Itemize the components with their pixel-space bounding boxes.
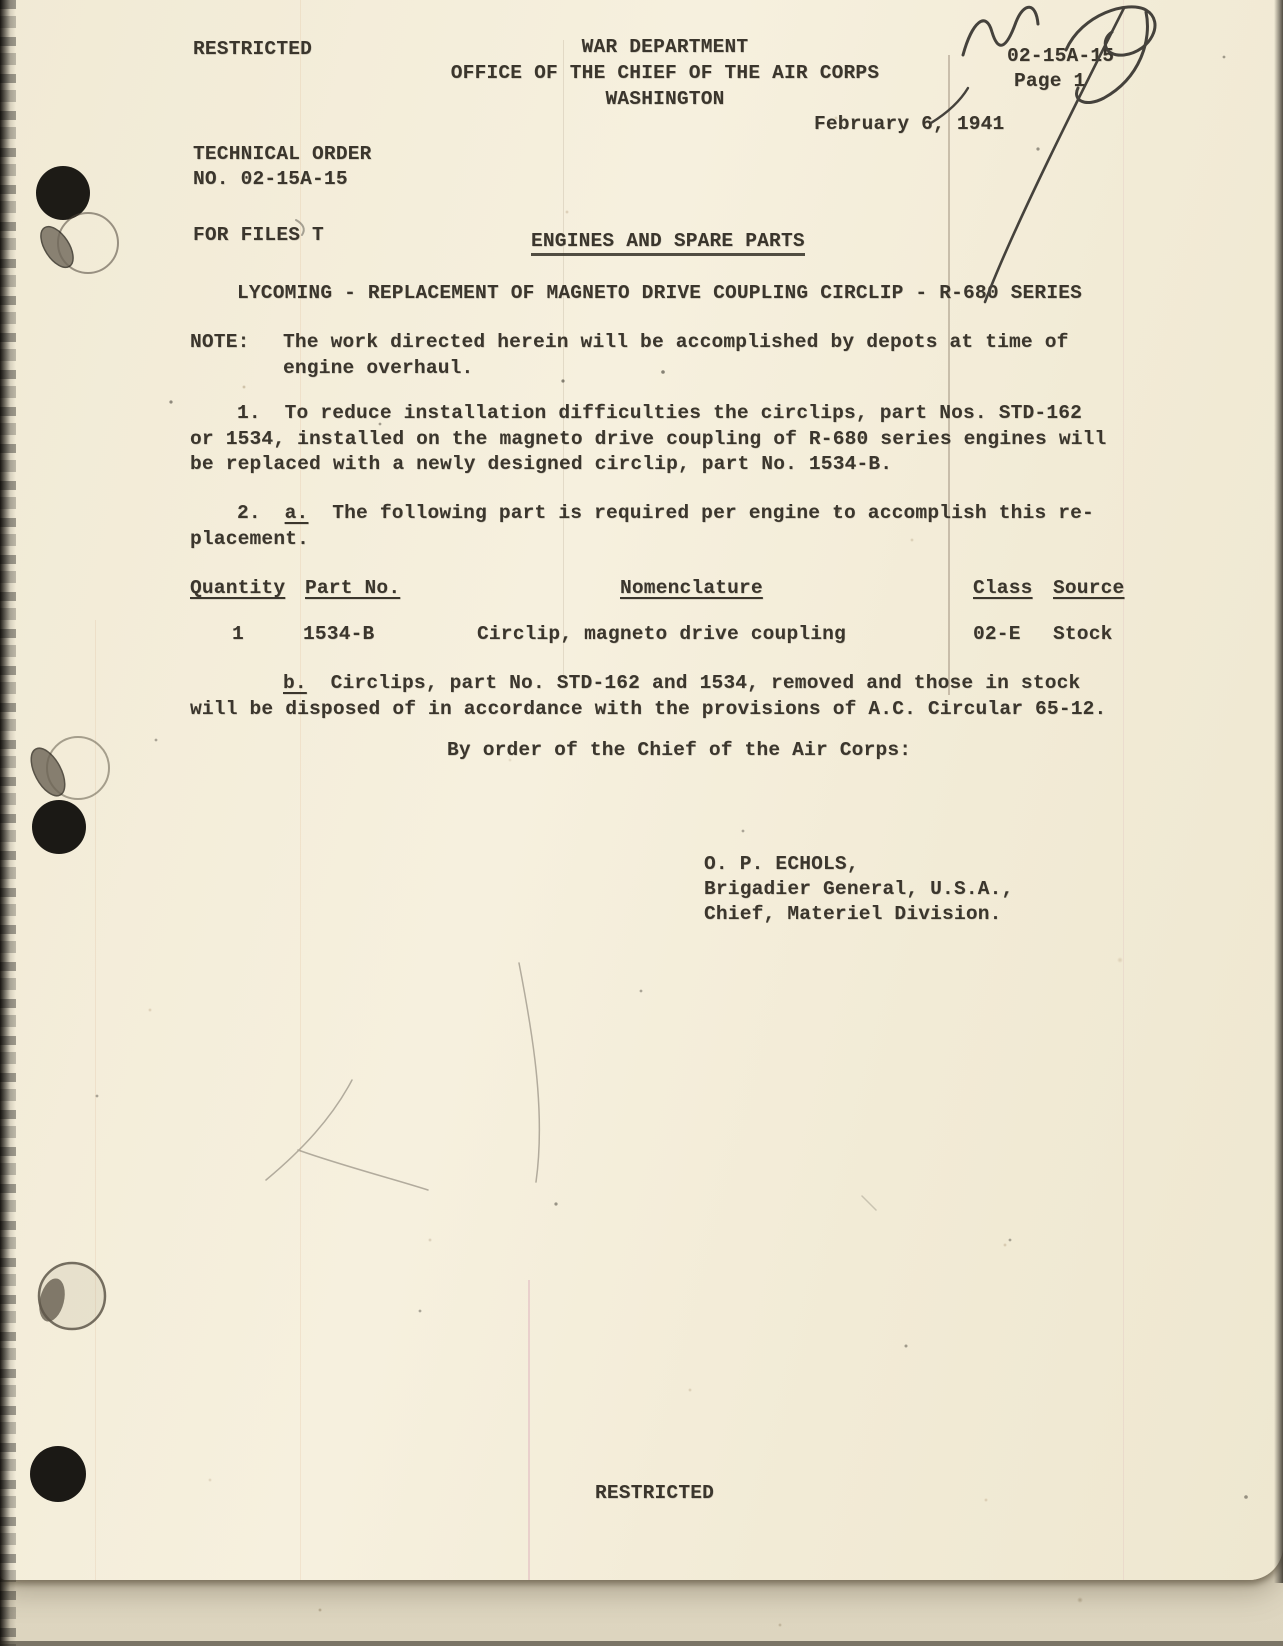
table-cell-quantity: 1 [232, 622, 244, 646]
department-name: WAR DEPARTMENT [340, 35, 990, 59]
para1-line-2: or 1534, installed on the magneto drive … [190, 427, 1106, 451]
date-line: February 6, 1941 [814, 112, 1004, 136]
para2-line-1: 2. a. The following part is required per… [237, 501, 1094, 525]
signature-title-2: Chief, Materiel Division. [704, 902, 1002, 926]
table-header-source: Source [1053, 576, 1124, 600]
table-header-quantity: Quantity [190, 576, 285, 600]
parab-subletter: b. [283, 672, 307, 694]
para1-line-3: be replaced with a newly designed circli… [190, 452, 892, 476]
table-header-part-no: Part No. [305, 576, 400, 600]
office-name: OFFICE OF THE CHIEF OF THE AIR CORPS [340, 61, 990, 85]
scan-bottom-edge [0, 1641, 1283, 1646]
classification-bottom: RESTRICTED [595, 1481, 714, 1505]
table-header-class: Class [973, 576, 1033, 600]
para2-subletter: a. [285, 502, 309, 524]
technical-order-label: TECHNICAL ORDER [193, 142, 372, 166]
technical-order-number: NO. 02-15A-15 [193, 167, 348, 191]
table-header-nomenclature: Nomenclature [620, 576, 763, 600]
para2-text: The following part is required per engin… [308, 502, 1094, 524]
doc-number: 02-15A-15 [1007, 44, 1114, 68]
signature-title-1: Brigadier General, U.S.A., [704, 877, 1013, 901]
para2-number: 2. [237, 502, 285, 524]
page-number: Page 1 [1014, 69, 1085, 93]
section-heading: ENGINES AND SPARE PARTS [531, 229, 805, 253]
table-cell-class: 02-E [973, 622, 1021, 646]
for-files-line: FOR FILES T [193, 223, 324, 247]
note-line-1: The work directed herein will be accompl… [283, 330, 1069, 354]
subject-line: LYCOMING - REPLACEMENT OF MAGNETO DRIVE … [237, 281, 1082, 305]
para2-line-2: placement. [190, 527, 309, 551]
note-label: NOTE: [190, 330, 250, 354]
scanned-technical-order: RESTRICTED WAR DEPARTMENT OFFICE OF THE … [0, 0, 1283, 1646]
table-cell-part-no: 1534-B [303, 622, 374, 646]
city-name: WASHINGTON [340, 87, 990, 111]
parab-text: Circlips, part No. STD-162 and 1534, rem… [307, 672, 1081, 694]
table-cell-source: Stock [1053, 622, 1113, 646]
signature-name: O. P. ECHOLS, [704, 852, 859, 876]
classification-top: RESTRICTED [193, 37, 312, 61]
note-line-2: engine overhaul. [283, 356, 473, 380]
by-order-line: By order of the Chief of the Air Corps: [447, 738, 911, 762]
para1-line-1: 1. To reduce installation difficulties t… [237, 401, 1082, 425]
section-heading-text: ENGINES AND SPARE PARTS [531, 230, 805, 256]
table-cell-nomenclature: Circlip, magneto drive coupling [477, 622, 846, 646]
parab-line-1: b. Circlips, part No. STD-162 and 1534, … [283, 671, 1080, 695]
parab-line-2: will be disposed of in accordance with t… [190, 697, 1106, 721]
